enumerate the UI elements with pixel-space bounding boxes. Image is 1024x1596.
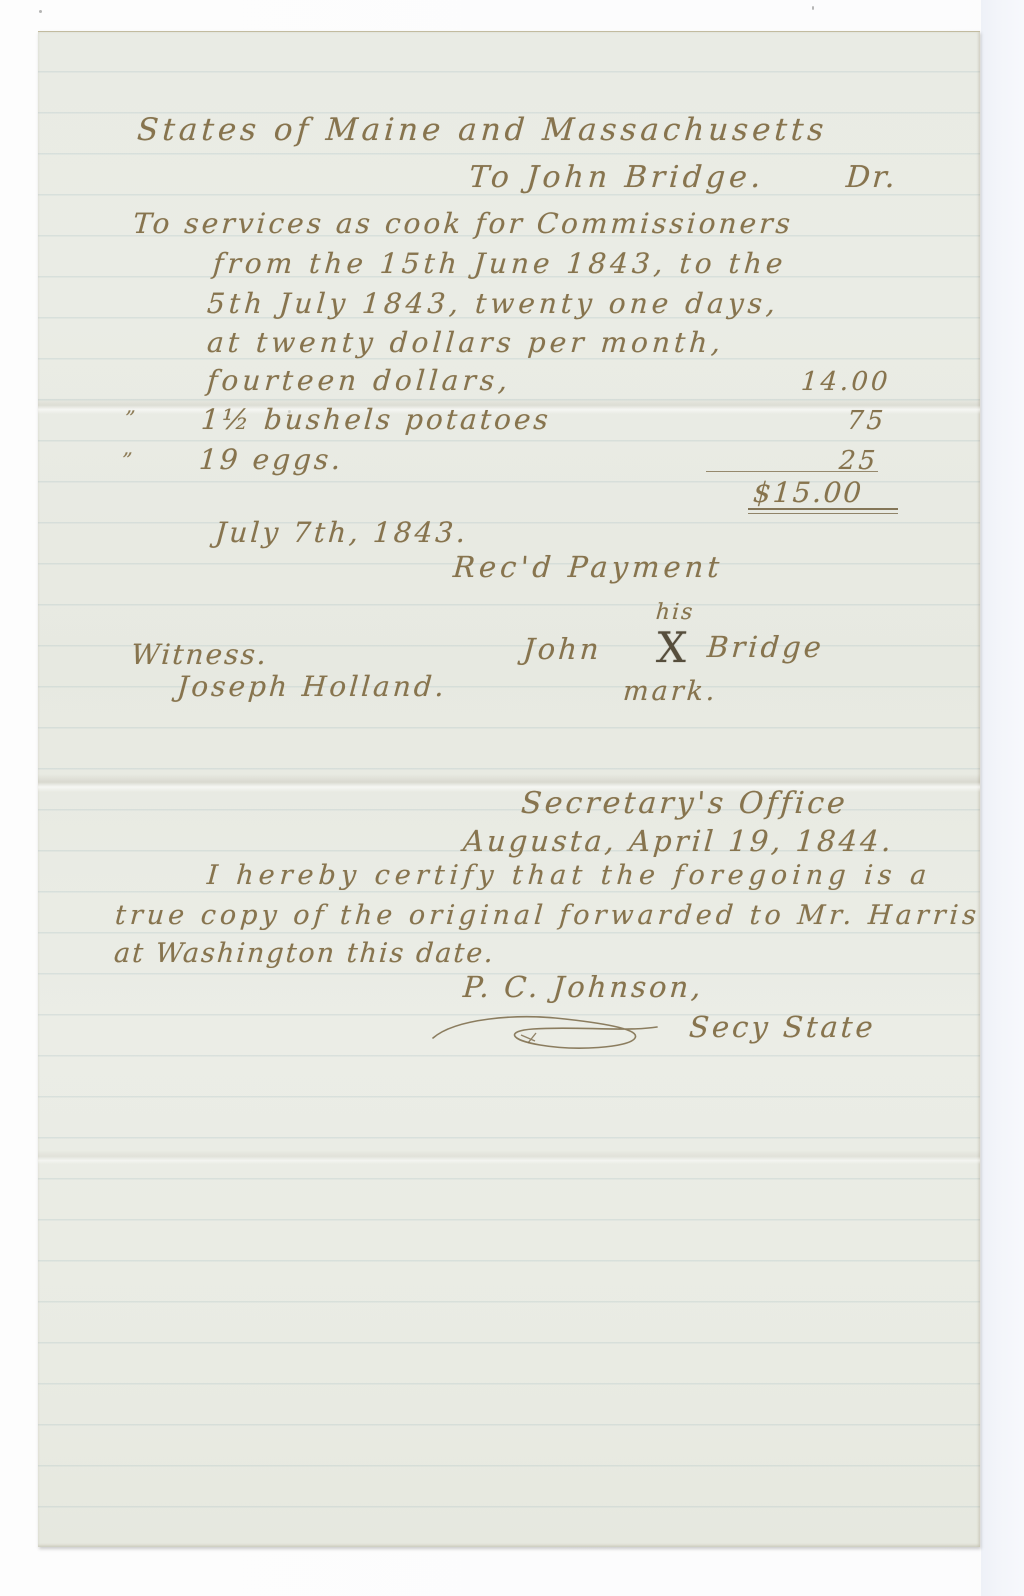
- secretary-signature: P. C. Johnson,: [462, 970, 705, 1004]
- item-label: 19 eggs.: [198, 443, 345, 476]
- witness-name: Joseph Holland.: [176, 670, 448, 703]
- witness-label: Witness.: [130, 638, 269, 671]
- signer-last-name: Bridge: [706, 630, 825, 664]
- scan-speck: [288, 410, 291, 413]
- cert-place-date: Augusta, April 19, 1844.: [462, 824, 895, 858]
- mark-word: mark.: [622, 676, 719, 707]
- secretary-title: Secy State: [688, 1010, 877, 1044]
- item-amount: 14.00: [800, 367, 892, 397]
- fold-crease-bottom: [38, 1150, 980, 1164]
- scan-edge-strip: [981, 0, 1024, 1596]
- bill-total: $15.00: [752, 476, 864, 509]
- ditto-mark: ”: [121, 448, 133, 472]
- secretarys-office: Secretary's Office: [520, 786, 849, 821]
- total-double-rule: [748, 508, 898, 514]
- item-label: fourteen dollars,: [206, 364, 512, 397]
- received-payment: Rec'd Payment: [452, 550, 724, 584]
- scan-speck: [39, 10, 42, 13]
- cert-body-line-2: true copy of the original forwarded to M…: [114, 900, 981, 931]
- item-label: 1½ bushels potatoes: [200, 403, 552, 436]
- bill-date: July 7th, 1843.: [214, 516, 469, 549]
- x-mark: X: [655, 623, 688, 672]
- bill-to-line: To John Bridge.: [468, 160, 766, 195]
- scan-background: States of Maine and Massachusetts To Joh…: [0, 0, 1024, 1596]
- service-line-1: To services as cook for Commissioners: [132, 207, 794, 240]
- cert-body-line-1: I hereby certify that the foregoing is a: [206, 860, 932, 891]
- scan-speck: [812, 6, 814, 10]
- ditto-mark: ”: [124, 406, 136, 430]
- his-word: his: [655, 600, 695, 625]
- cert-body-line-3: at Washington this date.: [113, 938, 496, 969]
- bill-dr-abbr: Dr.: [845, 160, 898, 195]
- item-amount: 75: [846, 406, 887, 436]
- signature-flourish: [425, 1005, 665, 1060]
- service-line-4: at twenty dollars per month,: [206, 326, 725, 359]
- service-line-3: 5th July 1843, twenty one days,: [206, 287, 780, 320]
- service-line-2: from the 15th June 1843, to the: [212, 247, 788, 280]
- sum-rule: [706, 471, 878, 472]
- bill-header: States of Maine and Massachusetts: [136, 112, 829, 148]
- signer-first-name: John: [522, 632, 603, 666]
